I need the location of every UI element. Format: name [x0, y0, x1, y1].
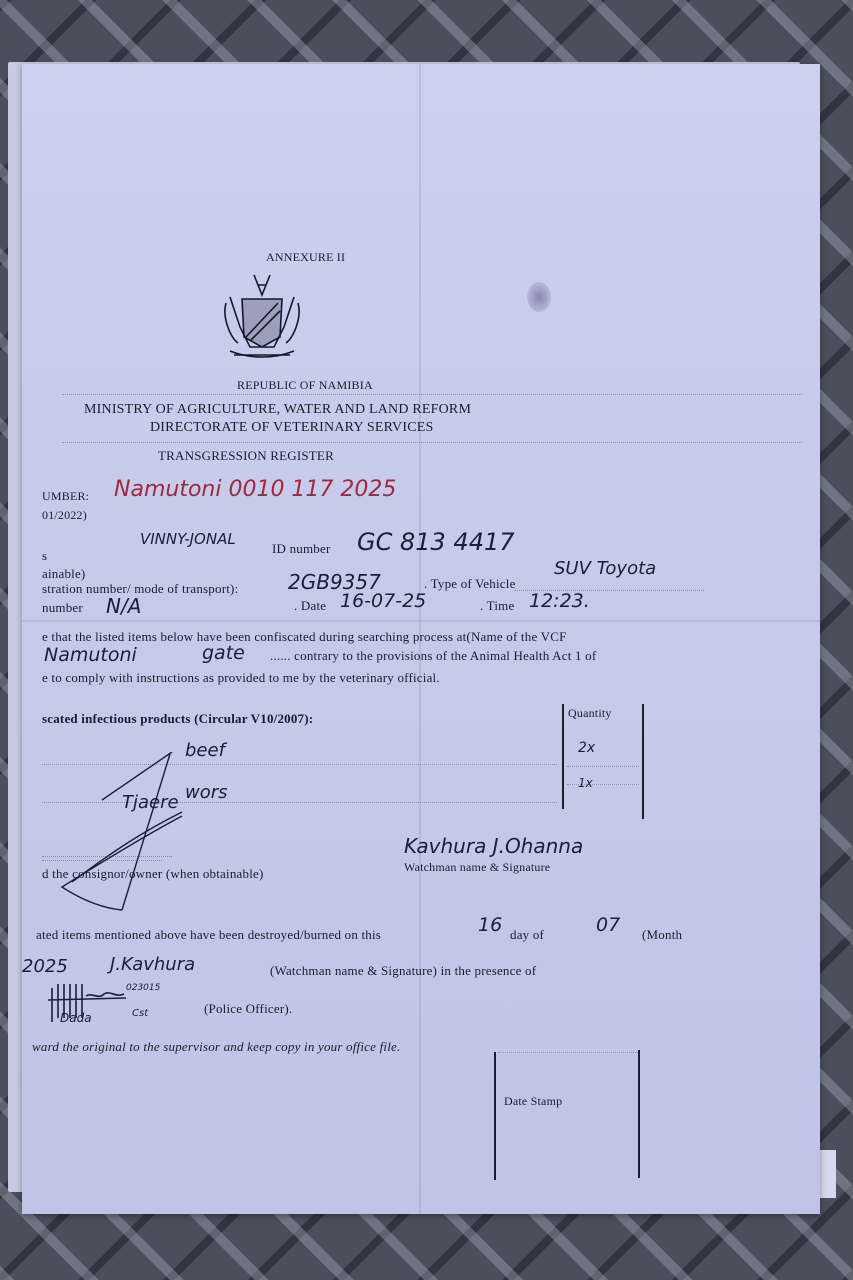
destruction-year-value[interactable]: 2025 — [22, 956, 68, 977]
vehicle-type-value[interactable]: SUV Toyota — [554, 558, 656, 579]
consignor-label: d the consignor/owner (when obtainable) — [42, 866, 264, 882]
quantity-column-left-border — [562, 704, 564, 809]
svg-text:023015: 023015 — [126, 983, 161, 993]
instruction-text: ward the original to the supervisor and … — [32, 1039, 400, 1055]
country-heading: REPUBLIC OF NAMIBIA — [237, 378, 373, 393]
confiscation-line-3: e to comply with instructions as provide… — [42, 670, 440, 686]
date-label: . Date — [294, 598, 326, 614]
vehicle-type-label: . Type of Vehicle — [424, 576, 516, 592]
quantity-header: Quantity — [568, 706, 612, 721]
destruction-line-suffix: (Watchman name & Signature) in the prese… — [270, 963, 536, 979]
number2-value[interactable]: N/A — [106, 594, 141, 618]
name-label: s — [42, 548, 47, 564]
destruction-watchman-signature[interactable]: J.Kavhura — [110, 954, 195, 975]
product-quantity-1[interactable]: 2x — [578, 740, 595, 756]
id-label: ID number — [272, 541, 330, 557]
police-officer-label: (Police Officer). — [204, 1001, 292, 1017]
ink-smudge — [527, 282, 551, 312]
id-value[interactable]: GC 813 4417 — [357, 528, 515, 556]
obtainable-label: ainable) — [42, 566, 85, 582]
month-label: (Month — [642, 927, 682, 943]
svg-text:Dada: Dada — [60, 1011, 92, 1025]
date-value[interactable]: 16-07-25 — [340, 590, 426, 612]
confiscation-line-2: ...... contrary to the provisions of the… — [270, 648, 596, 664]
svg-text:Cst: Cst — [132, 1008, 149, 1019]
vcf-suffix-value[interactable]: gate — [202, 642, 245, 664]
form-title: TRANSGRESSION REGISTER — [158, 448, 334, 464]
product-quantity-2[interactable]: 1x — [578, 776, 593, 790]
watchman-label: Watchman name & Signature — [404, 860, 550, 875]
destruction-day-value[interactable]: 16 — [478, 914, 502, 936]
annexure-label: ANNEXURE II — [266, 250, 345, 265]
ministry-heading: MINISTRY OF AGRICULTURE, WATER AND LAND … — [84, 402, 471, 418]
date-stamp-right-border — [638, 1050, 640, 1178]
date-stamp-label: Date Stamp — [504, 1094, 562, 1109]
consignor-signature-icon[interactable]: Tjaere — [42, 752, 192, 912]
products-heading: scated infectious products (Circular V10… — [42, 711, 313, 727]
destruction-line-prefix: ated items mentioned above have been des… — [36, 927, 381, 943]
name-value[interactable]: VINNY-JONAL — [140, 530, 236, 548]
destruction-month-value[interactable]: 07 — [596, 914, 620, 936]
date-stamp-left-border — [494, 1052, 496, 1180]
time-label: . Time — [480, 598, 514, 614]
time-value[interactable]: 12:23. — [529, 590, 590, 612]
fold-crease-horizontal — [22, 620, 820, 622]
confiscation-line-1: e that the listed items below have been … — [42, 629, 567, 645]
svg-text:Tjaere: Tjaere — [122, 792, 179, 813]
transgression-register-form: ANNEXURE II REPUBLIC OF NAMIBIA MINISTRY… — [22, 64, 820, 1214]
number-sublabel: 01/2022) — [42, 508, 87, 523]
coat-of-arms-icon — [220, 267, 304, 362]
day-of-label: day of — [510, 927, 544, 943]
number2-label: number — [42, 600, 83, 616]
watchman-name-value[interactable]: Kavhura J.Ohanna — [404, 834, 583, 858]
register-number-value[interactable]: Namutoni 0010 117 2025 — [114, 477, 396, 502]
vcf-name-value[interactable]: Namutoni — [44, 644, 137, 666]
number-label: UMBER: — [42, 489, 89, 504]
directorate-heading: DIRECTORATE OF VETERINARY SERVICES — [150, 420, 434, 436]
police-signature-icon[interactable]: Dada 023015 Cst — [46, 978, 186, 1028]
quantity-column-right-border — [642, 704, 644, 819]
